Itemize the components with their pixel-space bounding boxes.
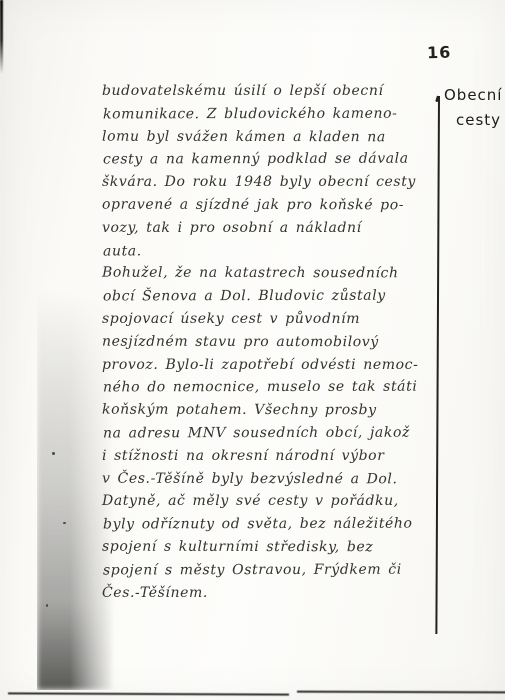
handwritten-line: opravené a sjízdné jak pro koňské po- [102,194,444,218]
handwritten-line: byly odříznuty od světa, bez náležitého [103,513,445,537]
handwritten-line: obcí Šenova a Dol. Bludovic zůstaly [103,285,445,309]
scan-speck [63,522,66,524]
handwritten-line: ného do nemocnice, muselo se tak státi [103,376,445,400]
handwritten-line: Čes.-Těšínem. [102,582,444,605]
handwritten-line: Bohužel, že na katastrech sousedních [102,262,444,286]
margin-note-line-2: cesty [444,108,502,133]
handwritten-body: budovatelskému úsilí o lepší obecní komu… [102,80,444,604]
handwritten-line: spojení s městy Ostravou, Frýdkem či [103,558,445,582]
margin-note-line-1: Obecní [444,83,502,108]
handwritten-line: nesjízdném stavu pro automobilový [102,330,444,354]
handwritten-line: vozy, tak i pro osobní a nákladní [102,217,444,240]
scanned-chronicle-page: 16 Obecní cesty budovatelskému úsilí o l… [0,0,505,700]
handwritten-line: auta. [103,239,445,263]
scan-bottom-edge-left [8,692,289,696]
handwritten-line: komunikace. Z bludovického kameno- [103,102,445,126]
handwritten-line: spojovací úseky cest v původním [102,308,444,331]
scan-speck [46,604,48,607]
scan-bottom-edge-right [297,691,505,694]
margin-note: Obecní cesty [444,83,502,133]
handwritten-line: na adresu MNV sousedních obcí, jakož [103,422,445,446]
handwritten-line: budovatelskému úsilí o lepší obecní [102,80,444,103]
handwritten-line: koňským potahem. Všechny prosby [102,399,444,423]
scan-edge-mark [0,0,3,74]
handwritten-line: lomu byl svážen kámen a kladen na [102,125,444,149]
handwritten-line: provoz. Bylo-li zapotřebí odvésti nemoc- [102,354,444,377]
handwritten-line: škvára. Do roku 1948 byly obecní cesty [102,171,444,194]
handwritten-line: i stížnosti na okresní národní výbor [102,445,444,468]
handwritten-line: v Čes.-Těšíně byly bezvýsledné a Dol. [102,467,444,491]
handwritten-line: Datyně, ač měly své cesty v pořádku, [102,490,444,513]
handwritten-line: cesty a na kamenný podklad se dávala [103,148,445,172]
handwritten-line: spojení s kulturními středisky, bez [102,536,444,560]
scan-speck [52,452,55,455]
page-number: 16 [427,43,452,63]
